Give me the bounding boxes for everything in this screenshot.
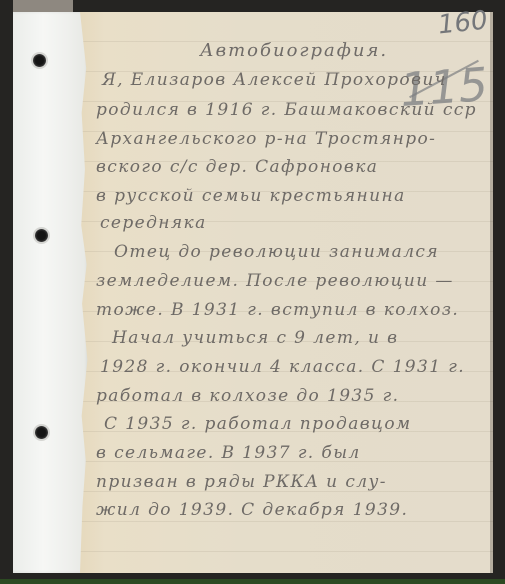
text-line: Я, Елизаров Алексей Прохорович <box>102 70 447 90</box>
page-number: 160 <box>437 5 490 40</box>
punch-hole-middle <box>35 229 48 242</box>
text-line: середняка <box>100 213 207 233</box>
punch-hole-top <box>33 54 46 67</box>
punch-hole-bottom <box>35 426 48 439</box>
text-line: Начал учиться с 9 лет, и в <box>112 328 398 348</box>
text-line: работал в колхозе до 1935 г. <box>96 386 399 406</box>
text-line: С 1935 г. работал продавцом <box>104 414 411 434</box>
text-line: в русской семьи крестьянина <box>96 186 406 206</box>
binding-strip <box>13 12 89 573</box>
text-line: тоже. В 1931 г. вступил в колхоз. <box>96 300 459 320</box>
text-line: призван в ряды РККА и слу- <box>96 472 387 492</box>
bottom-strip <box>0 579 505 584</box>
text-line: вского с/с дер. Сафроновка <box>96 157 378 177</box>
text-line: Отец до революции занимался <box>114 242 439 262</box>
text-line: родился в 1916 г. Башмаковский сср <box>96 100 477 120</box>
text-line: жил до 1939. С декабря 1939. <box>96 500 408 520</box>
document-title: Автобиография. <box>200 40 388 61</box>
text-line: в сельмаге. В 1937 г. был <box>96 443 361 463</box>
binding-tab <box>13 0 73 12</box>
page-edge <box>490 12 493 573</box>
text-line: Архангельского р-на Тростянро- <box>96 129 436 149</box>
text-line: 1928 г. окончил 4 класса. С 1931 г. <box>100 357 465 377</box>
text-line: земледелием. После революции — <box>96 271 454 291</box>
